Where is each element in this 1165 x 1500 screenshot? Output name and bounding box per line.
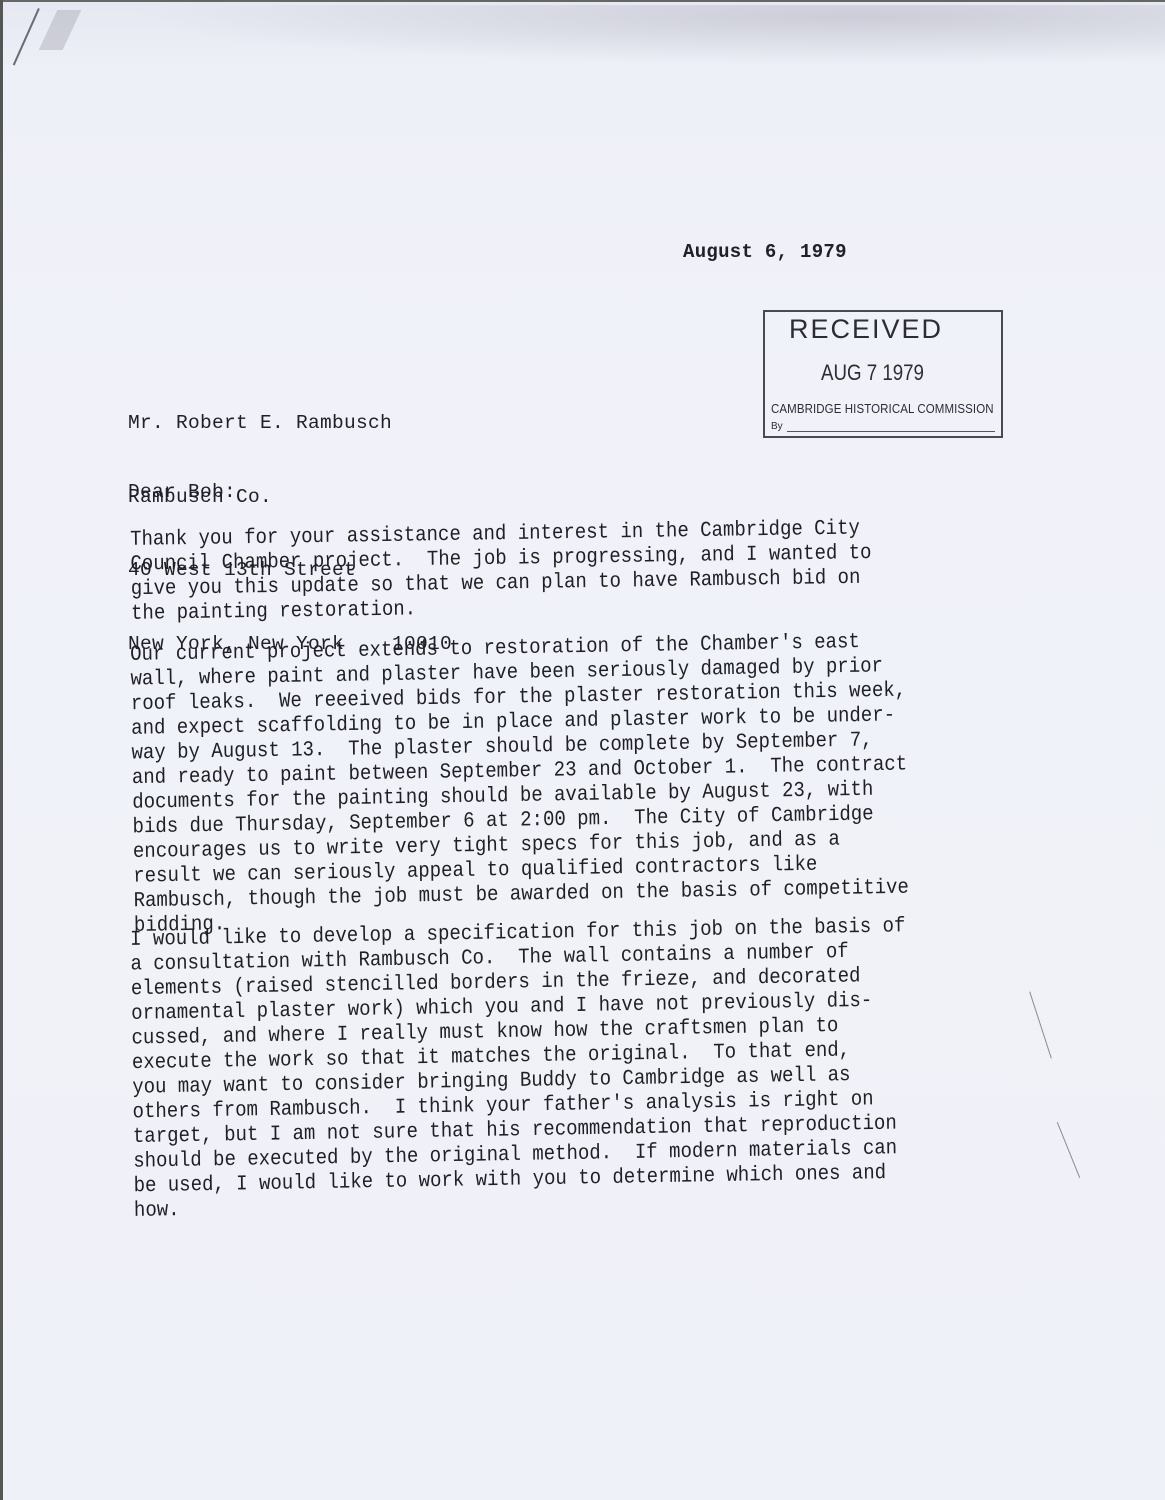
stamp-organization: CAMBRIDGE HISTORICAL COMMISSION bbox=[771, 402, 994, 416]
letter-date: August 6, 1979 bbox=[683, 240, 847, 265]
corner-fold-mark bbox=[39, 10, 82, 50]
stamp-by-label: By bbox=[771, 421, 783, 432]
stamp-date: AUG 7 1979 bbox=[821, 360, 924, 386]
scan-shadow bbox=[130, 5, 1165, 65]
body-paragraph: I would like to develop a specification … bbox=[130, 913, 909, 1222]
stamp-title: RECEIVED bbox=[789, 314, 943, 345]
scan-edge-left bbox=[0, 0, 3, 1500]
received-stamp: RECEIVED AUG 7 1979 CAMBRIDGE HISTORICAL… bbox=[763, 310, 1003, 438]
body-paragraph: Thank you for your assistance and intere… bbox=[130, 515, 872, 625]
scan-edge-top bbox=[0, 0, 1165, 2]
margin-pencil-mark bbox=[1029, 992, 1052, 1059]
margin-pencil-mark bbox=[1057, 1122, 1080, 1178]
salutation: Dear Bob: bbox=[128, 480, 236, 505]
letter-page: August 6, 1979 RECEIVED AUG 7 1979 CAMBR… bbox=[0, 0, 1165, 1500]
recipient-name: Mr. Robert E. Rambusch bbox=[128, 411, 452, 436]
body-paragraph: Our current project extends to restorati… bbox=[130, 628, 909, 937]
stamp-signature-line bbox=[787, 431, 995, 432]
corner-pencil-mark bbox=[13, 8, 40, 65]
